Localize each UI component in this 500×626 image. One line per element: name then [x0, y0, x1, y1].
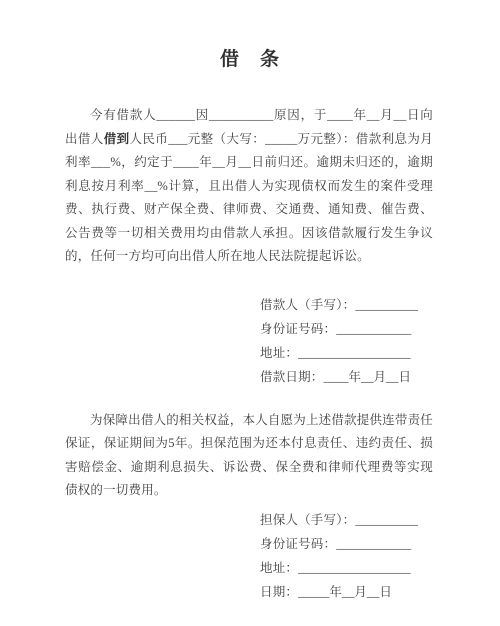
guarantor-date-value: _____年__月__日: [298, 585, 392, 599]
document-body: 今有借款人______因__________原因，于____年__月__日向出借…: [65, 104, 433, 604]
borrower-id-label: 身份证号码：: [260, 322, 336, 336]
guarantor-date-line: 日期：_____年__月__日: [260, 580, 433, 604]
borrower-id-blank: ____________: [336, 322, 411, 336]
guarantor-address-line: 地址：__________________: [260, 556, 433, 580]
loan-terms-paragraph: 今有借款人______因__________原因，于____年__月__日向出借…: [65, 104, 433, 269]
guarantor-name-blank: __________: [355, 513, 418, 527]
borrower-name-label: 借款人（手写）：: [260, 298, 355, 312]
guarantor-id-line: 身份证号码：____________: [260, 532, 433, 556]
guarantor-address-blank: __________________: [298, 561, 411, 575]
guarantor-address-label: 地址：: [260, 561, 298, 575]
guarantor-id-label: 身份证号码：: [260, 537, 336, 551]
guarantor-date-label: 日期：: [260, 585, 298, 599]
iou-document-page: 借 条 今有借款人______因__________原因，于____年__月__…: [0, 0, 500, 626]
guarantor-name-line: 担保人（手写）：__________: [260, 508, 433, 532]
borrower-address-label: 地址：: [260, 346, 298, 360]
borrower-date-line: 借款日期：____年__月__日: [260, 365, 433, 389]
borrower-date-label: 借款日期：: [260, 370, 324, 384]
borrower-signature-block: 借款人（手写）：__________ 身份证号码：____________ 地址…: [260, 293, 433, 389]
document-title: 借 条: [0, 0, 500, 71]
guarantor-id-blank: ____________: [336, 537, 411, 551]
loan-terms-text-rest: 人民币___元整（大写：_____万元整）：借款利息为月利率___%，约定于__…: [65, 132, 433, 264]
borrower-address-blank: __________________: [298, 346, 411, 360]
loan-terms-borrowed-emphasis: 借到: [104, 132, 130, 146]
borrower-date-value: ____年__月__日: [324, 370, 412, 384]
borrower-address-line: 地址：__________________: [260, 341, 433, 365]
borrower-id-line: 身份证号码：____________: [260, 317, 433, 341]
guarantor-name-label: 担保人（手写）：: [260, 513, 355, 527]
borrower-name-line: 借款人（手写）：__________: [260, 293, 433, 317]
guarantee-paragraph: 为保障出借人的相关权益，本人自愿为上述借款提供连带责任保证，保证期间为5年。担保…: [65, 409, 433, 503]
borrower-name-blank: __________: [355, 298, 418, 312]
guarantor-signature-block: 担保人（手写）：__________ 身份证号码：____________ 地址…: [260, 508, 433, 604]
